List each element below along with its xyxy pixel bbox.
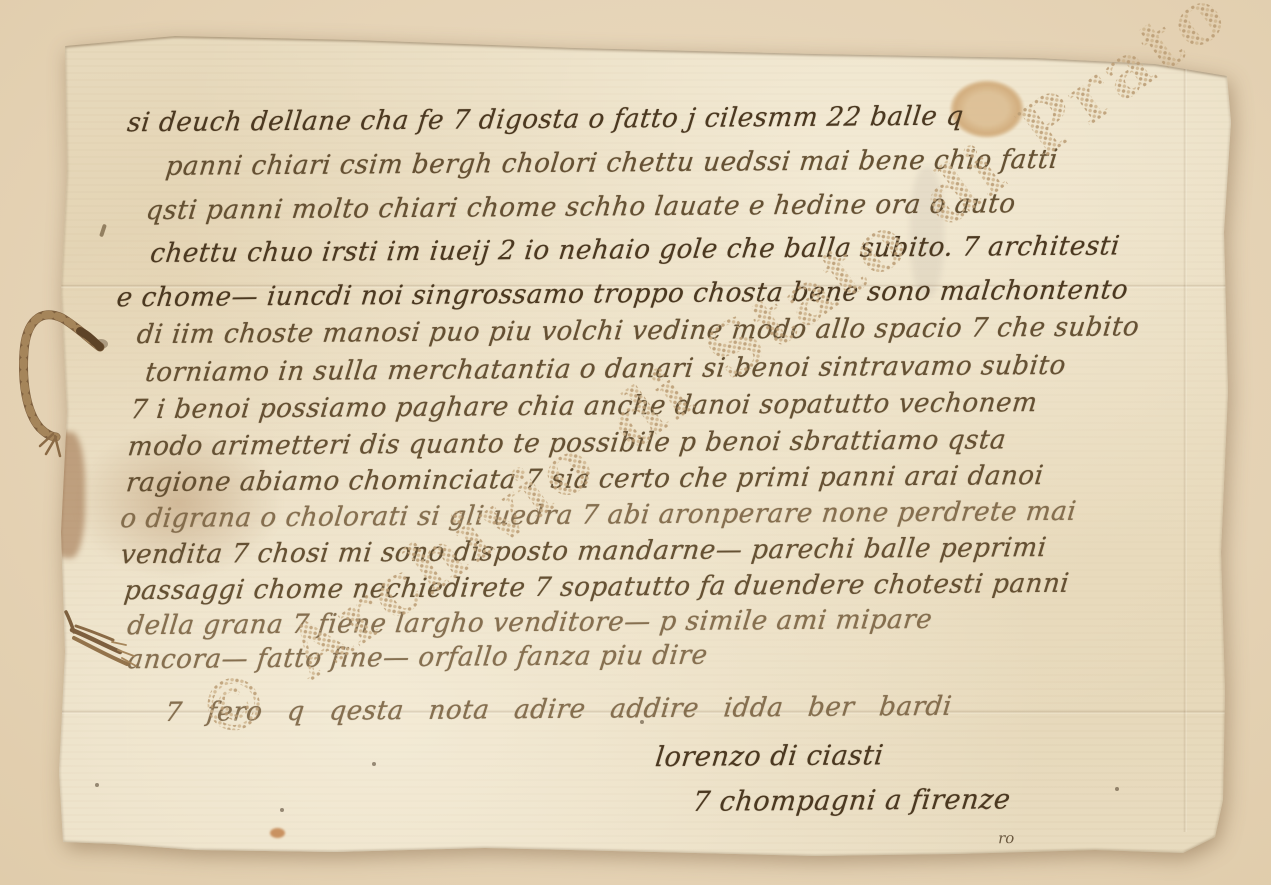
- scan-background: si deuch dellane cha fe 7 digosta o fatt…: [0, 0, 1271, 885]
- manuscript-line: modo arimetteri dis quanto te possibile …: [126, 425, 1008, 463]
- signature-line: lorenzo di ciasti: [654, 740, 886, 773]
- manuscript-line: ancora— fatto fine— orfallo fanza piu di…: [126, 640, 709, 675]
- manuscript-line: vendita 7 chosi mi sono disposto mandarn…: [119, 533, 1048, 571]
- manuscript-line: torniamo in sulla merchatantia o danari …: [144, 350, 1068, 388]
- manuscript-line: o digrana o cholorati si gli uedra 7 abi…: [119, 496, 1078, 534]
- signature-line: 7 chompagni a firenze: [691, 784, 1012, 818]
- manuscript-line: panni chiari csim bergh cholori chettu u…: [164, 144, 1060, 182]
- manuscript-line: della grana 7 fiene largho venditore— p …: [126, 604, 934, 641]
- manuscript-line: si deuch dellane cha fe 7 digosta o fatt…: [126, 101, 966, 138]
- manuscript-line: passaggi chome nechiedirete 7 sopatutto …: [122, 568, 1071, 606]
- manuscript-line: ragione abiamo chominciata 7 sia certo c…: [125, 461, 1046, 499]
- manuscript-line: chettu chuo irsti im iueij 2 io nehaio g…: [149, 231, 1122, 269]
- manuscript-line: qsti panni molto chiari chome schho laua…: [144, 189, 1017, 226]
- manuscript-line: e chome— iuncdi noi singrossamo troppo c…: [115, 275, 1130, 314]
- closing-line: 7 fero q qesta nota adire addire idda be…: [163, 691, 953, 728]
- corner-pen-mark: ro: [998, 829, 1014, 847]
- manuscript-line: di iim choste manosi puo piu volchi vedi…: [135, 312, 1141, 350]
- manuscript-paper: si deuch dellane cha fe 7 digosta o fatt…: [55, 32, 1235, 858]
- manuscript-paper-wrapper: si deuch dellane cha fe 7 digosta o fatt…: [55, 32, 1235, 858]
- manuscript-line: 7 i benoi possiamo paghare chia anche da…: [129, 388, 1039, 426]
- handwritten-text: si deuch dellane cha fe 7 digosta o fatt…: [52, 27, 1238, 862]
